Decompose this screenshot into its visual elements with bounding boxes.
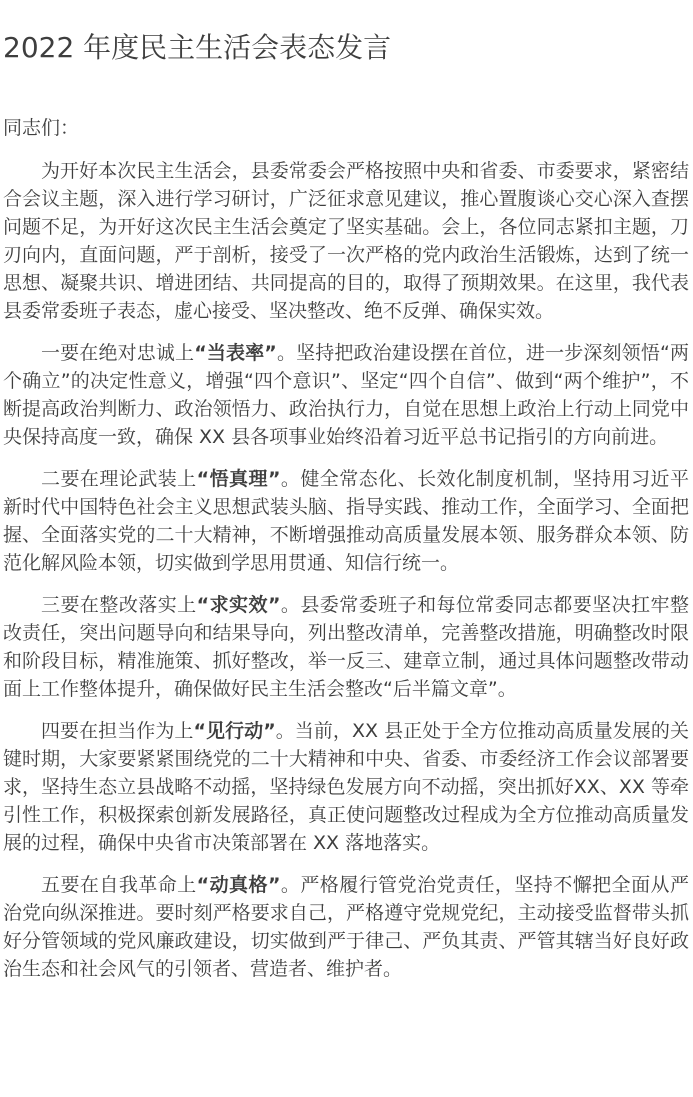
salutation: 同志们：: [3, 114, 689, 142]
keyword-bold: “动真格”: [197, 874, 281, 896]
paragraph-point-4: 四要在担当作为上“见行动”。当前，XX 县正处于全方位推动高质量发展的关键时期，…: [3, 717, 689, 857]
paragraph-lead: 五要在自我革命上: [41, 874, 197, 896]
paragraph-text: 为开好本次民主生活会，县委常委会严格按照中央和省委、市委要求，紧密结合会议主题，…: [3, 160, 689, 322]
paragraph-point-3: 三要在整改落实上“求实效”。县委常委班子和每位常委同志都要坚决扛牢整改责任，突出…: [3, 591, 689, 703]
paragraph-lead: 二要在理论武装上: [41, 468, 197, 490]
keyword-bold: “求实效”: [197, 594, 281, 616]
paragraph-lead: 三要在整改落实上: [41, 594, 197, 616]
document-title: 2022 年度民主生活会表态发言: [3, 30, 689, 65]
paragraph-point-1: 一要在绝对忠诚上“当表率”。坚持把政治建设摆在首位，进一步深刻领悟“两个确立”的…: [3, 339, 689, 451]
paragraph-lead: 四要在担当作为上: [41, 720, 193, 742]
keyword-bold: “见行动”: [193, 720, 275, 742]
paragraph-point-5: 五要在自我革命上“动真格”。严格履行管党治党责任，坚持不懈把全面从严治党向纵深推…: [3, 871, 689, 983]
keyword-bold: “悟真理”: [197, 468, 281, 490]
paragraph-lead: 一要在绝对忠诚上: [41, 342, 194, 364]
paragraph-opening: 为开好本次民主生活会，县委常委会严格按照中央和省委、市委要求，紧密结合会议主题，…: [3, 157, 689, 325]
keyword-bold: “当表率”: [194, 342, 277, 364]
document-page: 2022 年度民主生活会表态发言 同志们： 为开好本次民主生活会，县委常委会严格…: [0, 0, 693, 1057]
paragraph-point-2: 二要在理论武装上“悟真理”。健全常态化、长效化制度机制，坚持用习近平新时代中国特…: [3, 465, 689, 577]
